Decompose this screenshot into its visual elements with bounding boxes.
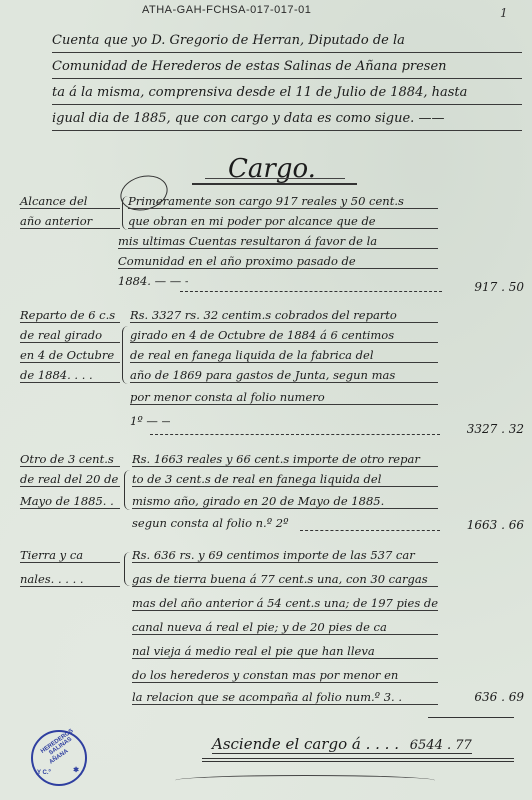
entry-label-line: año anterior [20, 214, 120, 229]
leader-dashes [150, 434, 440, 435]
entry-text-line: que obran en mi poder por alcance que de [128, 214, 438, 229]
section-heading-cargo: Cargo. [228, 154, 316, 184]
total-label: Asciende el cargo á . . . . [212, 735, 399, 753]
entry-text-line: la relacion que se acompaña al folio num… [132, 690, 438, 705]
document-page: ATHA-GAH-FCHSA-017-017-01 1 Cuenta que y… [0, 0, 532, 800]
total-double-rule [202, 758, 514, 762]
entry-label-line: Otro de 3 cent.s [20, 452, 120, 467]
entry-text-line: segun consta al folio n.º 2º — — — — [132, 516, 292, 530]
preamble-line: Comunidad de Herederos de estas Salinas … [52, 56, 522, 79]
archive-reference-code: ATHA-GAH-FCHSA-017-017-01 [142, 4, 311, 16]
preamble-line: igual dia de 1885, que con cargo y data … [52, 108, 522, 131]
stamp-star-icon: ✱ [73, 766, 79, 774]
heading-underline [205, 178, 345, 179]
entry-text-line: Rs. 636 rs. y 69 centimos importe de las… [132, 548, 438, 563]
archive-stamp: HEREDEROS SALINAS AÑANA Y C.º ✱ [31, 730, 87, 786]
entry-text-line: Primeramente son cargo 917 reales y 50 c… [128, 194, 438, 209]
total-amount: 6544 . 77 [410, 738, 472, 753]
entry-label-line: Alcance del [20, 194, 120, 209]
entry-text-line: do los herederos y constan mas por menor… [132, 668, 438, 683]
entry-amount: 636 . 69 [474, 690, 524, 704]
entry-text-line: por menor consta al folio numero [130, 390, 438, 405]
entry-label-line: de 1884. . . . [20, 368, 120, 383]
entry-label-line: Reparto de 6 c.s [20, 308, 120, 323]
entry-text-line: año de 1869 para gastos de Junta, segun … [130, 368, 438, 383]
entry-amount: 3327 . 32 [467, 422, 524, 436]
heading-double-underline [192, 183, 357, 185]
closing-flourish [175, 775, 435, 786]
entry-text-line: mis ultimas Cuentas resultaron á favor d… [118, 234, 438, 249]
entry-text-line: mismo año, girado en 20 de Mayo de 1885. [132, 494, 438, 509]
entry-text-line: 1º — — — — — — — [130, 414, 170, 428]
entry-amount: 1663 . 66 [467, 518, 524, 532]
entry-text-line: Comunidad en el año proximo pasado de [118, 254, 438, 269]
entry-label-line: en 4 de Octubre [20, 348, 120, 363]
entry-text-line: nal vieja á medio real el pie que han ll… [132, 644, 438, 659]
entry-text-line: mas del año anterior á 54 cent.s una; de… [132, 596, 438, 611]
entry-label-line: Tierra y ca [20, 548, 120, 563]
entry-label-line: nales. . . . . [20, 572, 120, 587]
leader-dashes [300, 530, 440, 531]
page-number: 1 [500, 6, 508, 20]
entry-label-line: de real del 20 de [20, 472, 120, 487]
preamble-line: Cuenta que yo D. Gregorio de Herran, Dip… [52, 30, 522, 53]
stamp-bottom-text: Y C.º [37, 770, 51, 776]
entry-text-line: de real en fanega liquida de la fabrica … [130, 348, 438, 363]
sum-rule [428, 717, 514, 718]
entry-amount: 917 . 50 [474, 280, 524, 294]
entry-text-line: 1884. — — — — — — — — [118, 274, 188, 288]
entry-text-line: Rs. 1663 reales y 66 cent.s importe de o… [132, 452, 438, 467]
entry-text-line: Rs. 3327 rs. 32 centim.s cobrados del re… [130, 308, 438, 323]
entry-label-line: de real girado [20, 328, 120, 343]
entry-text-line: canal nueva á real el pie; y de 20 pies … [132, 620, 438, 635]
total-line: Asciende el cargo á . . . . 6544 . 77 [212, 735, 472, 754]
entry-text-line: girado en 4 de Octubre de 1884 á 6 centi… [130, 328, 438, 343]
leader-dashes [180, 291, 442, 292]
entry-label-line: Mayo de 1885. . [20, 494, 120, 509]
entry-text-line: to de 3 cent.s de real en fanega liquida… [132, 472, 438, 487]
entry-text-line: gas de tierra buena á 77 cent.s una, con… [132, 572, 438, 587]
preamble-line: ta á la misma, comprensiva desde el 11 d… [52, 82, 522, 105]
